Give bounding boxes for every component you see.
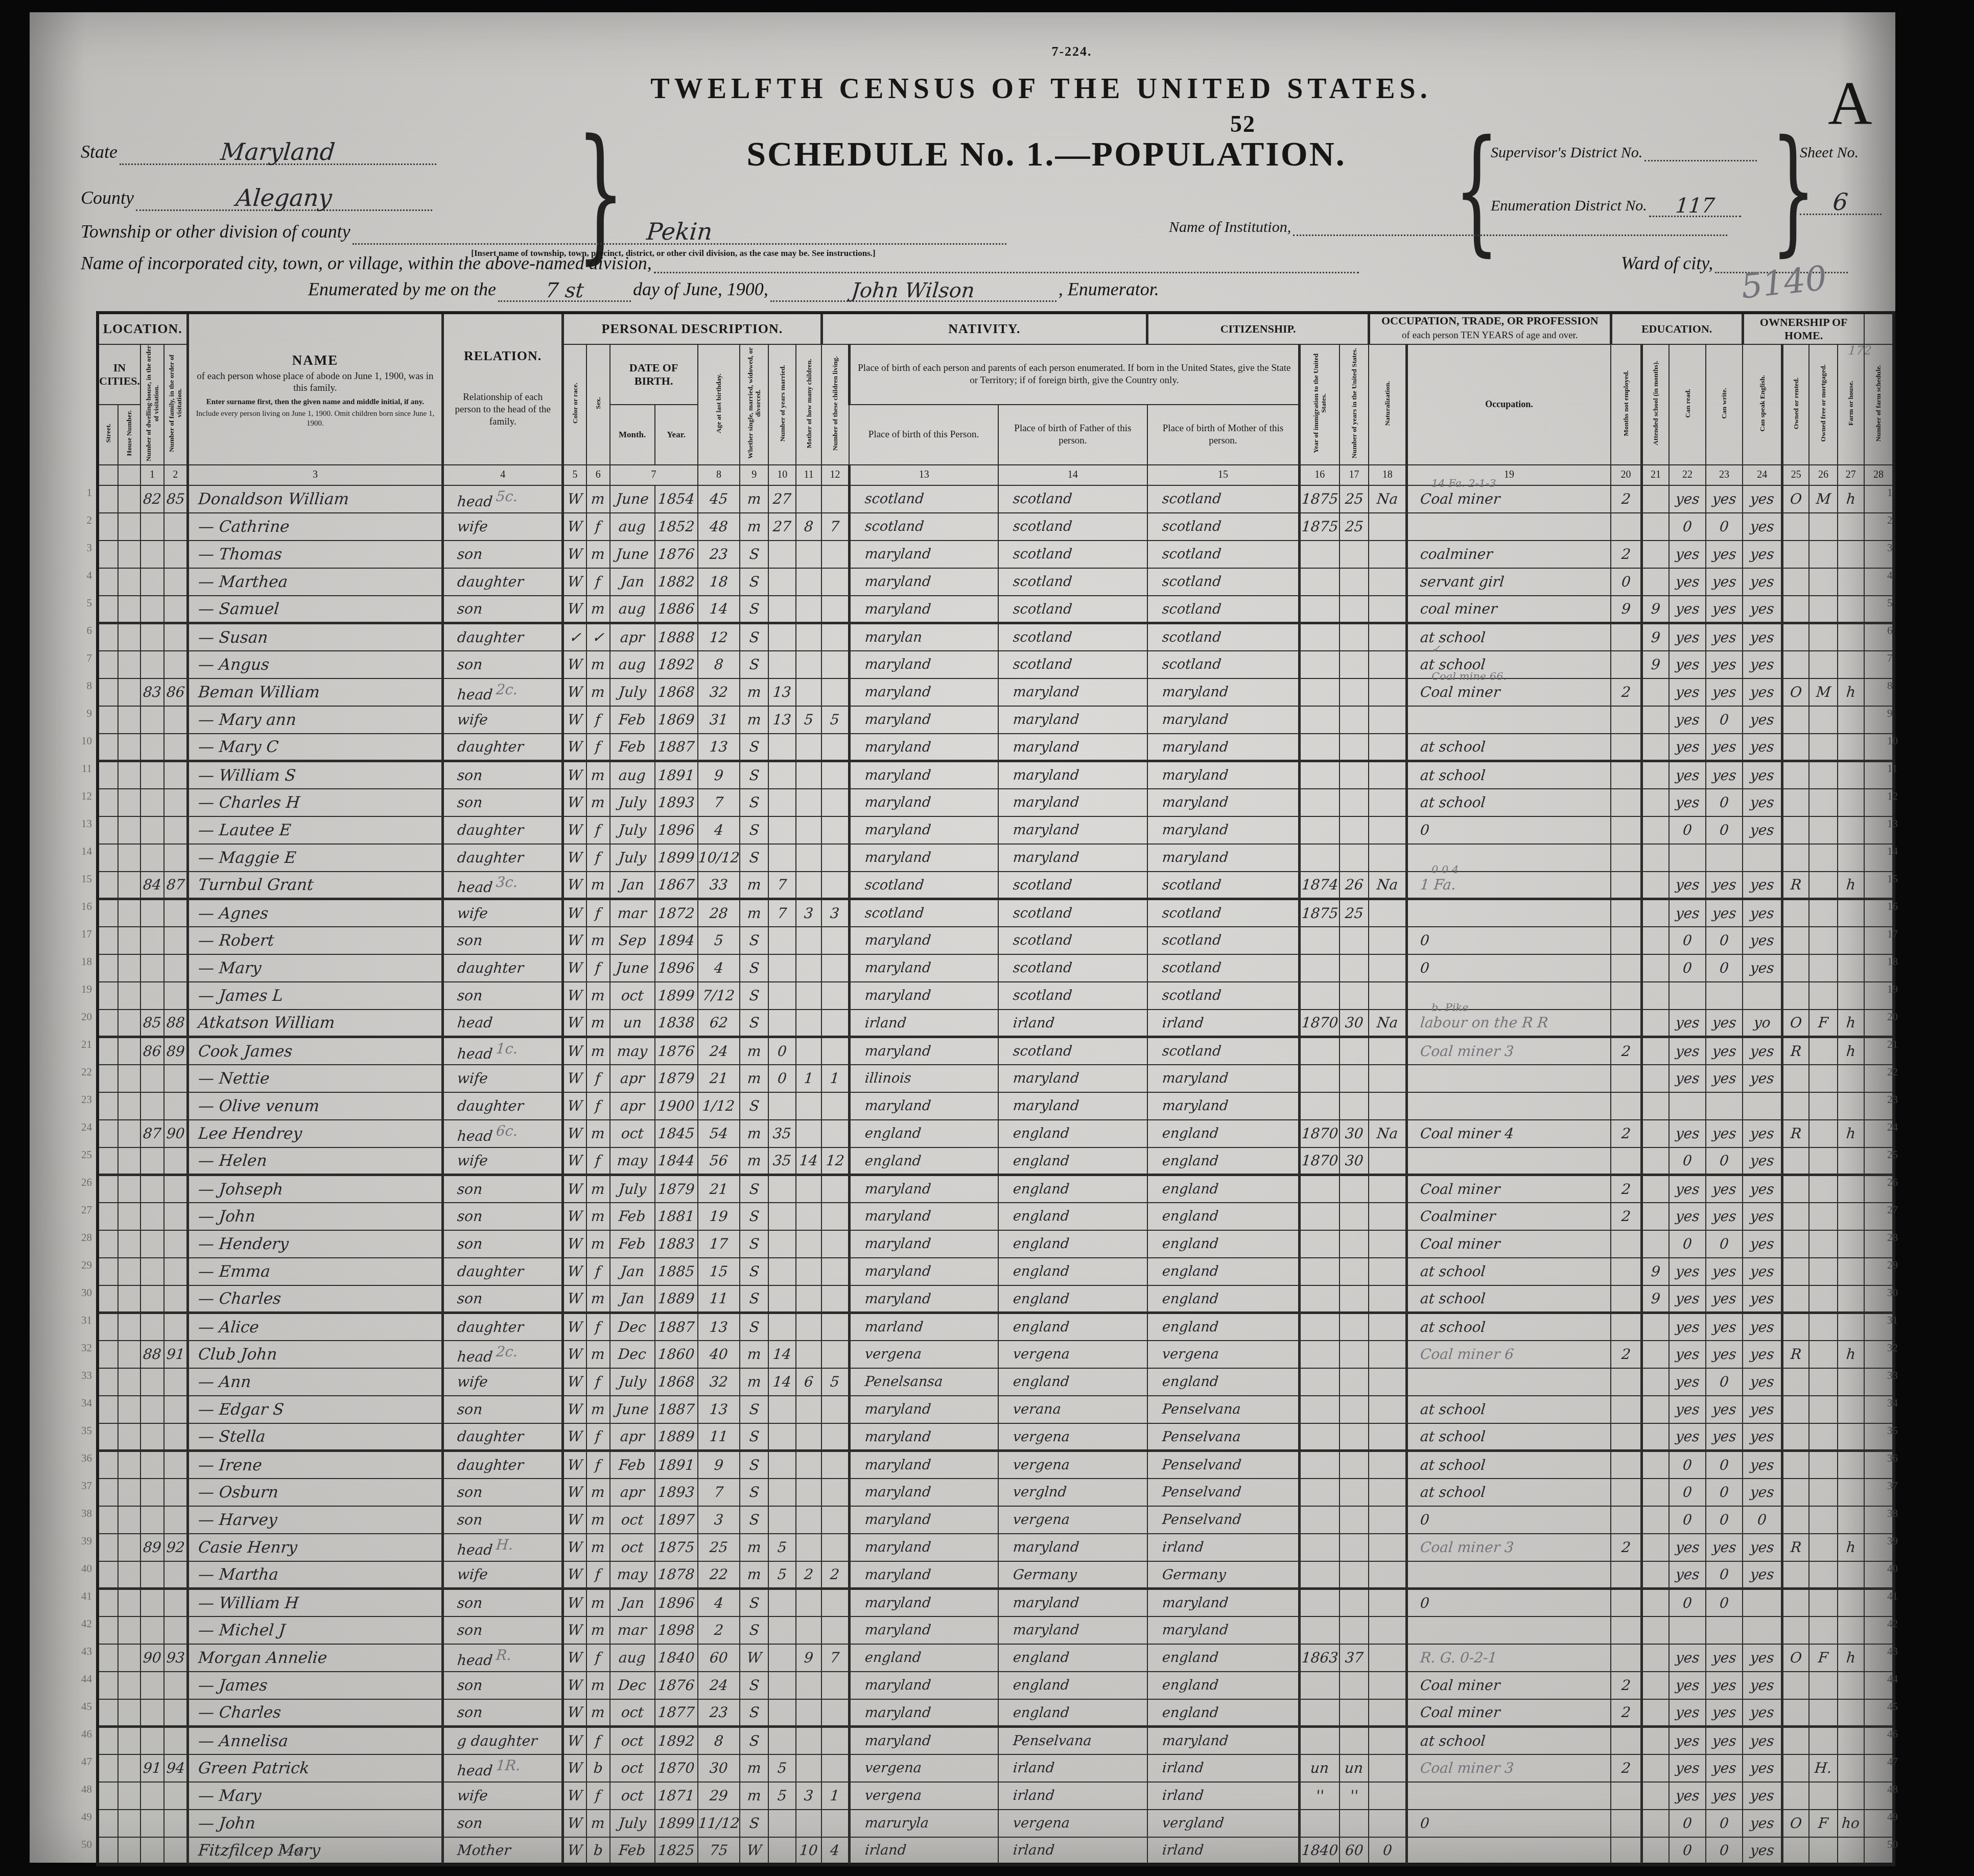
cell-mc bbox=[796, 1258, 821, 1285]
cell-yr: 1883 bbox=[655, 1230, 698, 1258]
cell-f: 92 bbox=[164, 1534, 187, 1561]
cell-rd: 0 bbox=[1669, 1506, 1706, 1534]
cell-na bbox=[1369, 1754, 1406, 1782]
cell-mc bbox=[796, 1010, 821, 1037]
cell-nm: — Charles H bbox=[187, 789, 443, 816]
cell-pb: maryland bbox=[849, 678, 998, 706]
cell-im: un bbox=[1300, 1754, 1340, 1782]
cell-en: yes bbox=[1743, 596, 1782, 623]
cell-na bbox=[1369, 1451, 1406, 1479]
cell-street bbox=[98, 1699, 118, 1727]
cell-fh bbox=[1838, 1147, 1864, 1175]
cell-en: yes bbox=[1743, 1203, 1782, 1230]
cell-fh bbox=[1838, 651, 1864, 678]
cell-st: S bbox=[740, 789, 768, 816]
sheet-label: Sheet No. bbox=[1800, 144, 1859, 161]
enumeration-value: 117 bbox=[1675, 194, 1716, 218]
cell-pf: irland bbox=[998, 1754, 1147, 1782]
cell-mu bbox=[1611, 706, 1641, 734]
cell-im bbox=[1300, 1561, 1340, 1589]
table-row: — Olive venumdaughterWfapr19001/12Smaryl… bbox=[98, 1092, 1894, 1120]
cell-pm: england bbox=[1147, 1258, 1300, 1285]
cell-im bbox=[1300, 706, 1340, 734]
cell-house bbox=[118, 1754, 140, 1782]
cell-mu bbox=[1611, 1258, 1641, 1285]
cell-rd: 0 bbox=[1669, 1230, 1706, 1258]
cell-d bbox=[140, 568, 164, 596]
cell-mo: oct bbox=[610, 1782, 655, 1810]
cell-rl: head bbox=[443, 1010, 563, 1037]
cell-d: 82 bbox=[140, 485, 164, 513]
cell-ag: 21 bbox=[698, 1065, 740, 1092]
cell-or bbox=[1782, 1451, 1809, 1479]
table-row: — Michel JsonWmmar18982Smarylandmaryland… bbox=[98, 1616, 1894, 1644]
cell-yr: 1845 bbox=[655, 1120, 698, 1147]
cell-pm: Penselvana bbox=[1147, 1396, 1300, 1423]
cell-st: S bbox=[740, 982, 768, 1010]
cell-cl bbox=[821, 1230, 849, 1258]
cell-im: 1840 bbox=[1300, 1837, 1340, 1865]
cell-mo: Feb bbox=[610, 1837, 655, 1865]
cell-mc bbox=[796, 651, 821, 678]
cell-house bbox=[118, 844, 140, 872]
table-row: — StelladaughterWfapr188911Smarylandverg… bbox=[98, 1423, 1894, 1451]
cell-im: 1870 bbox=[1300, 1010, 1340, 1037]
table-row: 8992Casie Henryhead H.Wmoct187525m5maryl… bbox=[98, 1534, 1894, 1561]
institution-label: Name of Institution, bbox=[1169, 219, 1291, 236]
township-line: Township or other division of county Pek… bbox=[81, 216, 1006, 245]
cell-im: 1875 bbox=[1300, 899, 1340, 927]
cell-d bbox=[140, 1506, 164, 1534]
cell-pf: maryland bbox=[998, 1589, 1147, 1616]
cell-house bbox=[118, 1589, 140, 1616]
cell-im: 1875 bbox=[1300, 513, 1340, 541]
cell-wr: yes bbox=[1706, 899, 1743, 927]
cell-c: W bbox=[563, 1644, 586, 1672]
cell-pb: maruryla bbox=[849, 1810, 998, 1837]
cell-d bbox=[140, 844, 164, 872]
cell-ym bbox=[768, 789, 796, 816]
cell-pb: irland bbox=[849, 1010, 998, 1037]
cell-street bbox=[98, 1230, 118, 1258]
cell-house bbox=[118, 927, 140, 954]
cell-c: W bbox=[563, 568, 586, 596]
cell-pb: maryland bbox=[849, 1506, 998, 1534]
cell-pm: scotland bbox=[1147, 872, 1300, 899]
cell-rd: yes bbox=[1669, 872, 1706, 899]
cell-wr: 0 bbox=[1706, 816, 1743, 844]
cell-rd: yes bbox=[1669, 1754, 1706, 1782]
row-number: 46 bbox=[1880, 1720, 1904, 1748]
row-number: 42 bbox=[72, 1610, 95, 1637]
cell-rd: 0 bbox=[1669, 1810, 1706, 1837]
cell-house bbox=[118, 596, 140, 623]
cell-om bbox=[1809, 1616, 1838, 1644]
row-number: 44 bbox=[1880, 1665, 1904, 1693]
cell-en: yes bbox=[1743, 872, 1782, 899]
cell-yr: 1868 bbox=[655, 678, 698, 706]
cell-rl: son bbox=[443, 761, 563, 789]
cell-pb: maryland bbox=[849, 1285, 998, 1313]
cell-d bbox=[140, 1589, 164, 1616]
cell-s: m bbox=[586, 789, 610, 816]
cell-ym bbox=[768, 1699, 796, 1727]
cell-om: H. bbox=[1809, 1754, 1838, 1782]
cell-cl bbox=[821, 1616, 849, 1644]
cell-nm: — Robert bbox=[187, 927, 443, 954]
cell-ym bbox=[768, 844, 796, 872]
cell-im bbox=[1300, 1203, 1340, 1230]
cell-f bbox=[164, 1285, 187, 1313]
cell-mu bbox=[1611, 1010, 1641, 1037]
cell-om: F bbox=[1809, 1810, 1838, 1837]
cell-fh bbox=[1838, 1672, 1864, 1699]
col-dwelling-number: Number of dwelling-house, in the order o… bbox=[140, 344, 164, 465]
cell-cl bbox=[821, 734, 849, 761]
row-number: 10 bbox=[72, 727, 95, 755]
cell-ym bbox=[768, 1616, 796, 1644]
row-number: 19 bbox=[72, 975, 95, 1003]
cell-na bbox=[1369, 927, 1406, 954]
cell-f bbox=[164, 734, 187, 761]
cell-s: m bbox=[586, 1037, 610, 1065]
cell-en: yes bbox=[1743, 541, 1782, 568]
cell-s: b bbox=[586, 1754, 610, 1782]
cell-oc: Coal miner bbox=[1406, 1699, 1611, 1727]
row-number: 24 bbox=[1880, 1113, 1904, 1141]
cell-ag: 12 bbox=[698, 623, 740, 651]
cell-mo: July bbox=[610, 844, 655, 872]
cell-street bbox=[98, 485, 118, 513]
row-number: 49 bbox=[1880, 1803, 1904, 1831]
row-number: 15 bbox=[1880, 865, 1904, 893]
cell-cl bbox=[821, 1534, 849, 1561]
cell-st: S bbox=[740, 844, 768, 872]
cell-f bbox=[164, 1837, 187, 1865]
cell-om bbox=[1809, 1120, 1838, 1147]
row-number: 20 bbox=[1880, 1003, 1904, 1030]
table-row: 8891Club Johnhead 2c.WmDec186040m14verge… bbox=[98, 1341, 1894, 1368]
row-number: 8 bbox=[1880, 672, 1904, 699]
cell-en: yes bbox=[1743, 651, 1782, 678]
cell-pb: maryland bbox=[849, 1175, 998, 1203]
cell-yr: 1885 bbox=[655, 1258, 698, 1285]
col-owned-rented: Owned or rented. bbox=[1782, 344, 1809, 465]
cell-mo: Dec bbox=[610, 1341, 655, 1368]
cell-mc bbox=[796, 1810, 821, 1837]
cell-f bbox=[164, 568, 187, 596]
cell-st: m bbox=[740, 706, 768, 734]
cell-house bbox=[118, 1644, 140, 1672]
cell-f bbox=[164, 982, 187, 1010]
cell-yr: 1899 bbox=[655, 982, 698, 1010]
table-row: — SamuelsonWmaug188614Smarylandscotlands… bbox=[98, 596, 1894, 623]
cell-en: yes bbox=[1743, 789, 1782, 816]
cell-street bbox=[98, 1285, 118, 1313]
cell-c: W bbox=[563, 1368, 586, 1396]
cell-yu bbox=[1340, 1203, 1369, 1230]
cell-f bbox=[164, 1561, 187, 1589]
cell-rl: head 1R. bbox=[443, 1754, 563, 1782]
table-row: — AngussonWmaug18928Smarylandscotlandsco… bbox=[98, 651, 1894, 678]
cell-yu bbox=[1340, 761, 1369, 789]
group-citizenship: CITIZENSHIP. bbox=[1147, 313, 1369, 344]
cell-d bbox=[140, 651, 164, 678]
cell-na bbox=[1369, 789, 1406, 816]
cell-mo: Feb bbox=[610, 1451, 655, 1479]
cell-fh bbox=[1838, 816, 1864, 844]
row-number: 30 bbox=[72, 1279, 95, 1306]
cell-mu: 2 bbox=[1611, 1754, 1641, 1782]
cell-im bbox=[1300, 954, 1340, 982]
row-number: 19 bbox=[1880, 975, 1904, 1003]
row-number: 8 bbox=[72, 672, 95, 699]
col-color: Color or race. bbox=[563, 344, 586, 465]
row-number: 42 bbox=[1880, 1610, 1904, 1637]
cell-rl: son bbox=[443, 927, 563, 954]
cell-s: m bbox=[586, 1506, 610, 1534]
cell-house bbox=[118, 1120, 140, 1147]
row-number: 12 bbox=[1880, 782, 1904, 810]
cell-mu bbox=[1611, 844, 1641, 872]
cell-ym: 13 bbox=[768, 678, 796, 706]
cell-en: yes bbox=[1743, 568, 1782, 596]
cell-wr: yes bbox=[1706, 1010, 1743, 1037]
cell-nm: — John bbox=[187, 1810, 443, 1837]
cell-pf: maryland bbox=[998, 816, 1147, 844]
table-row: — JohnsonWmFeb188119Smarylandenglandengl… bbox=[98, 1203, 1894, 1230]
cell-oc: 0 bbox=[1406, 1810, 1611, 1837]
row-number: 40 bbox=[1880, 1555, 1904, 1582]
cell-ym bbox=[768, 568, 796, 596]
cell-pf: maryland bbox=[998, 706, 1147, 734]
cell-as bbox=[1641, 982, 1669, 1010]
cell-yr: 1879 bbox=[655, 1175, 698, 1203]
cell-pb: england bbox=[849, 1644, 998, 1672]
cell-wr: 0 bbox=[1706, 927, 1743, 954]
city-fill bbox=[654, 263, 1359, 273]
cell-st: S bbox=[740, 761, 768, 789]
row-number: 26 bbox=[72, 1168, 95, 1196]
cell-na: Na bbox=[1369, 1120, 1406, 1147]
cell-street bbox=[98, 1451, 118, 1479]
cell-f bbox=[164, 761, 187, 789]
cell-om bbox=[1809, 982, 1838, 1010]
cell-yu bbox=[1340, 1313, 1369, 1341]
cell-or bbox=[1782, 899, 1809, 927]
cell-rl: son bbox=[443, 651, 563, 678]
cell-yr: 1892 bbox=[655, 1727, 698, 1754]
cell-na bbox=[1369, 1037, 1406, 1065]
cell-s: m bbox=[586, 651, 610, 678]
cell-yu: un bbox=[1340, 1754, 1369, 1782]
cell-ym bbox=[768, 1230, 796, 1258]
cell-mc bbox=[796, 1451, 821, 1479]
cell-house bbox=[118, 816, 140, 844]
row-number: 17 bbox=[1880, 920, 1904, 948]
table-row: — James LsonWmoct18997/12Smarylandscotla… bbox=[98, 982, 1894, 1010]
cell-oc: 14 Fa. 2-1-3Coal miner bbox=[1406, 485, 1611, 513]
cell-yr: 1881 bbox=[655, 1203, 698, 1230]
col-sex: Sex. bbox=[586, 344, 610, 465]
cell-or bbox=[1782, 1313, 1809, 1341]
row-number: 16 bbox=[1880, 893, 1904, 920]
cell-rd: yes bbox=[1669, 1037, 1706, 1065]
cell-om bbox=[1809, 541, 1838, 568]
cell-wr: yes bbox=[1706, 596, 1743, 623]
cell-street bbox=[98, 1754, 118, 1782]
cell-mo: oct bbox=[610, 1506, 655, 1534]
cell-ag: 4 bbox=[698, 954, 740, 982]
cell-yu bbox=[1340, 954, 1369, 982]
cell-d bbox=[140, 1561, 164, 1589]
cell-yu bbox=[1340, 568, 1369, 596]
row-number: 36 bbox=[1880, 1444, 1904, 1472]
cell-c: W bbox=[563, 789, 586, 816]
cell-rl: head 5c. bbox=[443, 485, 563, 513]
cell-ag: 24 bbox=[698, 1672, 740, 1699]
cell-st: m bbox=[740, 1037, 768, 1065]
cell-oc bbox=[1406, 513, 1611, 541]
cell-f bbox=[164, 1065, 187, 1092]
cell-ag: 10/12 bbox=[698, 844, 740, 872]
cell-mc bbox=[796, 1616, 821, 1644]
col-can-read: Can read. bbox=[1669, 344, 1706, 465]
cell-ym bbox=[768, 541, 796, 568]
cell-rd: yes bbox=[1669, 1727, 1706, 1754]
cell-ag: 60 bbox=[698, 1644, 740, 1672]
cell-c: W bbox=[563, 954, 586, 982]
cell-im bbox=[1300, 1175, 1340, 1203]
cell-s: f bbox=[586, 1727, 610, 1754]
cell-c: ✓ bbox=[563, 623, 586, 651]
cell-nm: — Martha bbox=[187, 1561, 443, 1589]
cell-c: W bbox=[563, 1837, 586, 1865]
cell-street bbox=[98, 1341, 118, 1368]
cell-oc: b. Pikelabour on the R R bbox=[1406, 1010, 1611, 1037]
township-value: Pekin bbox=[645, 218, 713, 245]
cell-st: m bbox=[740, 1782, 768, 1810]
cell-wr: 0 bbox=[1706, 1368, 1743, 1396]
cell-rl: son bbox=[443, 1396, 563, 1423]
cell-f bbox=[164, 954, 187, 982]
cell-rl: daughter bbox=[443, 816, 563, 844]
table-row: — NettiewifeWfapr187921m011illinoismaryl… bbox=[98, 1065, 1894, 1092]
cell-ym: 5 bbox=[768, 1534, 796, 1561]
cell-ym bbox=[768, 1285, 796, 1313]
cell-wr: yes bbox=[1706, 485, 1743, 513]
row-number: 3 bbox=[72, 534, 95, 561]
cell-f: 93 bbox=[164, 1644, 187, 1672]
cell-rl: son bbox=[443, 1616, 563, 1644]
cell-en bbox=[1743, 982, 1782, 1010]
cell-mo: oct bbox=[610, 1727, 655, 1754]
cell-pm: scotland bbox=[1147, 541, 1300, 568]
cell-cl bbox=[821, 1037, 849, 1065]
cell-en: yes bbox=[1743, 899, 1782, 927]
cell-im bbox=[1300, 1699, 1340, 1727]
cell-s: f bbox=[586, 1368, 610, 1396]
cell-pm: maryland bbox=[1147, 816, 1300, 844]
cell-fh bbox=[1838, 1754, 1864, 1782]
cell-na bbox=[1369, 1616, 1406, 1644]
cell-mc bbox=[796, 623, 821, 651]
cell-en: yes bbox=[1743, 1672, 1782, 1699]
cell-fh bbox=[1838, 1451, 1864, 1479]
cell-d bbox=[140, 1065, 164, 1092]
cell-wr: yes bbox=[1706, 678, 1743, 706]
scanned-paper: 7-224. TWELFTH CENSUS OF THE UNITED STAT… bbox=[30, 12, 1895, 1863]
cell-rl: wife bbox=[443, 1065, 563, 1092]
cell-street bbox=[98, 706, 118, 734]
cell-cl: 1 bbox=[821, 1782, 849, 1810]
cell-wr: yes bbox=[1706, 1423, 1743, 1451]
cell-c: W bbox=[563, 596, 586, 623]
cell-mc bbox=[796, 1534, 821, 1561]
cell-rd: 0 bbox=[1669, 954, 1706, 982]
cell-street bbox=[98, 899, 118, 927]
cell-pf: vergena bbox=[998, 1810, 1147, 1837]
cell-mc bbox=[796, 734, 821, 761]
group-ownership: OWNERSHIP OF HOME. bbox=[1743, 313, 1864, 344]
cell-pf: vergena bbox=[998, 1341, 1147, 1368]
cell-yr: 1889 bbox=[655, 1285, 698, 1313]
cell-nm: — Samuel bbox=[187, 596, 443, 623]
cell-mu: 0 bbox=[1611, 568, 1641, 596]
cell-om bbox=[1809, 1341, 1838, 1368]
cell-as bbox=[1641, 513, 1669, 541]
cell-as bbox=[1641, 1423, 1669, 1451]
cell-st: S bbox=[740, 1479, 768, 1506]
cell-om bbox=[1809, 1258, 1838, 1285]
cell-na bbox=[1369, 1727, 1406, 1754]
cell-rl: head 3c. bbox=[443, 872, 563, 899]
cell-yr: 1886 bbox=[655, 596, 698, 623]
cell-pf: maryland bbox=[998, 1534, 1147, 1561]
cell-cl bbox=[821, 816, 849, 844]
institution-line: Name of Institution, bbox=[1169, 219, 1727, 236]
cell-wr: yes bbox=[1706, 1258, 1743, 1285]
institution-fill bbox=[1293, 225, 1727, 236]
cell-mo: Jan bbox=[610, 872, 655, 899]
cell-or bbox=[1782, 1175, 1809, 1203]
cell-pm: irland bbox=[1147, 1010, 1300, 1037]
cell-pb: scotland bbox=[849, 899, 998, 927]
cell-na bbox=[1369, 541, 1406, 568]
cell-oc: at school bbox=[1406, 1423, 1611, 1451]
group-education: EDUCATION. bbox=[1611, 313, 1743, 344]
cell-wr: yes bbox=[1706, 1644, 1743, 1672]
city-label: Name of incorporated city, town, or vill… bbox=[81, 253, 652, 273]
cell-na bbox=[1369, 1258, 1406, 1285]
cell-oc: Coal miner bbox=[1406, 1230, 1611, 1258]
cell-c: W bbox=[563, 1810, 586, 1837]
cell-im bbox=[1300, 1230, 1340, 1258]
enumerator-name: John Wilson bbox=[851, 279, 976, 302]
cell-ag: 2 bbox=[698, 1616, 740, 1644]
row-number: 4 bbox=[1880, 561, 1904, 589]
cell-st: S bbox=[740, 734, 768, 761]
cell-house bbox=[118, 1479, 140, 1506]
cell-mu bbox=[1611, 1506, 1641, 1534]
cell-nm: — Ann bbox=[187, 1368, 443, 1396]
cell-om bbox=[1809, 1479, 1838, 1506]
cell-f bbox=[164, 1313, 187, 1341]
county-line: County Alegany bbox=[81, 182, 432, 211]
cell-or bbox=[1782, 1423, 1809, 1451]
cell-mc bbox=[796, 844, 821, 872]
cell-street bbox=[98, 1837, 118, 1865]
